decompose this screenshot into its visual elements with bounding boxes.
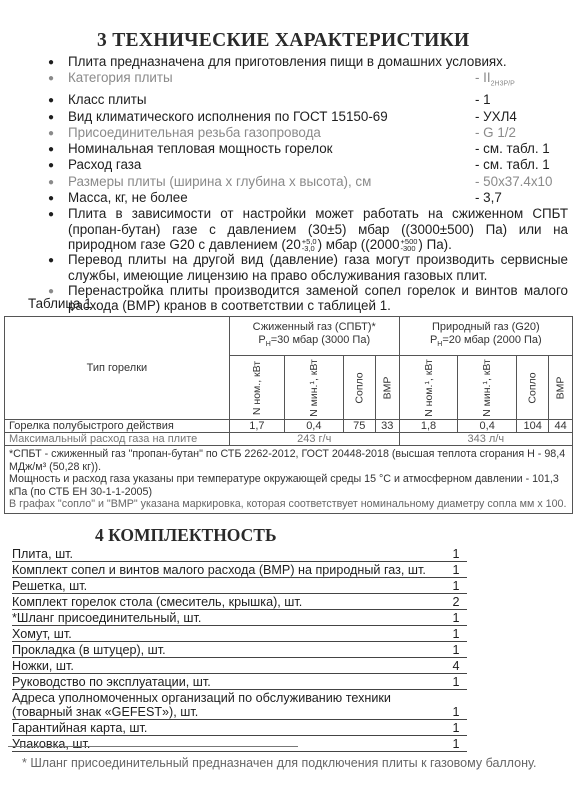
spec-row: ● Номинальная тепловая мощность горелок … xyxy=(48,141,568,157)
bullet-icon: ● xyxy=(48,141,68,157)
kit-item: Комплект сопел и винтов малого расхода (… xyxy=(12,562,467,578)
spec-para-service: ● Перевод плиты на другой вид (давление)… xyxy=(48,252,568,283)
footnote-divider xyxy=(8,746,298,747)
bullet-icon: ● xyxy=(48,54,68,70)
bullet-icon: ● xyxy=(48,157,68,173)
spec-row: ● Масса, кг, не более - 3,7 xyxy=(48,190,568,206)
subcol-header: Сопло xyxy=(517,356,549,420)
kit-item: Гарантийная карта, шт.1 xyxy=(12,720,467,736)
group-lpg: Сжиженный газ (СПБТ)*РН=30 мбар (3000 Па… xyxy=(229,317,399,356)
bullet-icon: ● xyxy=(48,174,68,190)
max-flow-lpg: 243 г/ч xyxy=(229,433,399,446)
bullet-icon: ● xyxy=(48,92,68,108)
section-4-title: 4 КОМПЛЕКТНОСТЬ xyxy=(95,525,277,546)
table-caption: Таблица 1 xyxy=(28,296,92,311)
subcol-header: N мин.¹, кВт xyxy=(284,356,343,420)
spec-list: ● Плита предназначена для приготовления … xyxy=(48,54,568,314)
bullet-icon: ● xyxy=(48,206,68,252)
section-3-title: 3 ТЕХНИЧЕСКИЕ ХАРАКТЕРИСТИКИ xyxy=(97,30,470,52)
bullet-icon: ● xyxy=(48,252,68,283)
footnote: * Шланг присоединительный предназначен д… xyxy=(22,756,536,770)
kit-item: Ножки, шт.4 xyxy=(12,658,467,674)
subcol-header: ВМР xyxy=(375,356,399,420)
kit-item: Упаковка, шт.1 xyxy=(12,736,467,752)
subcol-header: N ном., кВт xyxy=(229,356,284,420)
spec-row: ● Категория плиты - II2Н3Р/Р xyxy=(48,70,568,92)
kit-item: Адреса уполномоченных организаций по обс… xyxy=(12,690,467,720)
kit-item: Плита, шт.1 xyxy=(12,546,467,562)
table-notes: *СПБТ - сжиженный газ "пропан-бутан" по … xyxy=(5,446,573,514)
group-natural-gas: Природный газ (G20)РН=20 мбар (2000 Па) xyxy=(399,317,572,356)
spec-row: ● Класс плиты - 1 xyxy=(48,92,568,108)
spec-intro: ● Плита предназначена для приготовления … xyxy=(48,54,568,70)
table-row: Горелка полубыстрого действия1,70,475331… xyxy=(5,420,573,433)
kit-item: Руководство по эксплуатации, шт.1 xyxy=(12,674,467,690)
subcol-header: ВМР xyxy=(549,356,573,420)
kit-item: Прокладка (в штуцер), шт.1 xyxy=(12,642,467,658)
kit-list: Плита, шт.1Комплект сопел и винтов малог… xyxy=(12,546,467,752)
subcol-header: Сопло xyxy=(343,356,375,420)
kit-item: Хомут, шт.1 xyxy=(12,626,467,642)
kit-item: *Шланг присоединительный, шт.1 xyxy=(12,610,467,626)
bullet-icon: ● xyxy=(48,125,68,141)
spec-para-gas: ● Плита в зависимости от настройки может… xyxy=(48,206,568,252)
kit-item: Комплект горелок стола (смеситель, крышк… xyxy=(12,594,467,610)
spec-para-readjust: ● Перенастройка плиты производится замен… xyxy=(48,283,568,314)
burner-table: Тип горелки Сжиженный газ (СПБТ)*РН=30 м… xyxy=(4,316,573,514)
bullet-icon: ● xyxy=(48,70,68,92)
max-flow-label: Максимальный расход газа на плите xyxy=(5,433,230,446)
spec-row: ● Размеры плиты (ширина х глубина х высо… xyxy=(48,174,568,190)
subcol-header: N мин.¹, кВт xyxy=(458,356,517,420)
spec-row: ● Вид климатического исполнения по ГОСТ … xyxy=(48,109,568,125)
max-flow-ng: 343 л/ч xyxy=(399,433,572,446)
bullet-icon: ● xyxy=(48,190,68,206)
spec-row: ● Расход газа - см. табл. 1 xyxy=(48,157,568,173)
bullet-icon: ● xyxy=(48,109,68,125)
col-burner-type: Тип горелки xyxy=(5,317,230,420)
spec-row: ● Присоединительная резьба газопровода -… xyxy=(48,125,568,141)
subcol-header: N ном.¹, кВт xyxy=(399,356,458,420)
kit-item: Решетка, шт.1 xyxy=(12,578,467,594)
